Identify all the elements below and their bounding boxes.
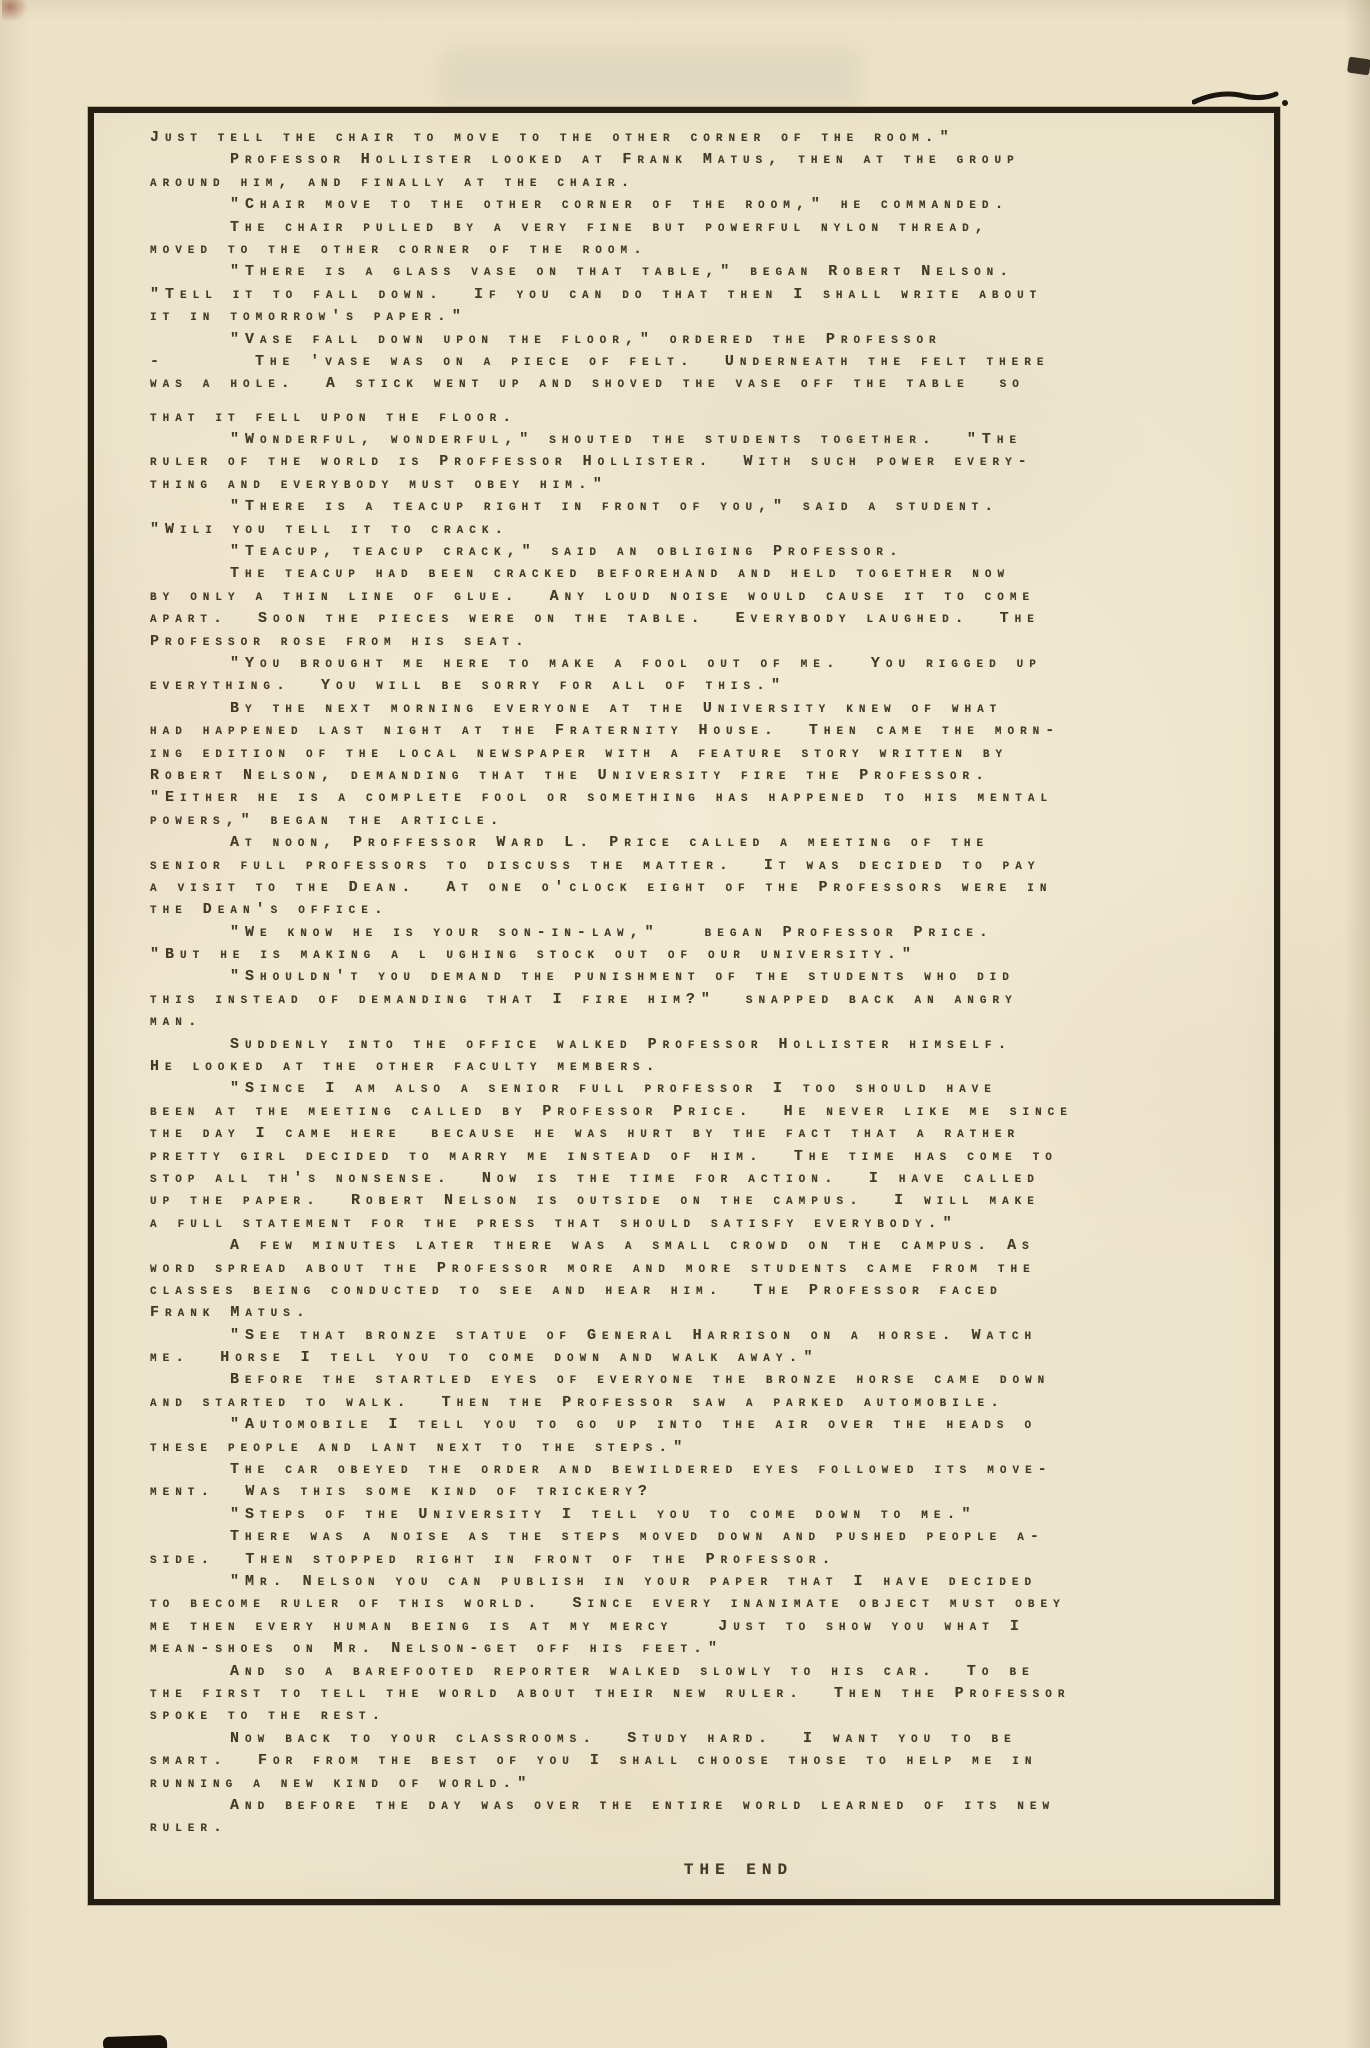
story-line: The teacup had been cracked beforehand a… bbox=[150, 563, 1235, 585]
story-line: "Teacup, teacup crack," said an obliging… bbox=[150, 541, 1235, 563]
the-end-label: THE END bbox=[196, 1859, 1281, 1881]
story-line: moved to the other corner of the room. bbox=[150, 239, 1235, 261]
story-line: "Either he is a complete fool or somethi… bbox=[150, 787, 1235, 809]
corner-red-mark bbox=[2, 0, 28, 22]
page-border-frame: Just tell the chair to move to the other… bbox=[88, 107, 1280, 1905]
story-line: "We know he is your son-in-law," began P… bbox=[150, 922, 1235, 944]
story-line: classes being conducted to see and hear … bbox=[150, 1280, 1235, 1302]
story-line: smart. For from the best of you I shall … bbox=[150, 1750, 1235, 1772]
story-line: it in tomorrow's paper." bbox=[150, 306, 1235, 328]
page-edge-notch bbox=[1347, 57, 1370, 76]
story-line: by only a thin line of glue. Any loud no… bbox=[150, 586, 1235, 608]
story-line: And before the day was over the entire w… bbox=[150, 1795, 1235, 1817]
story-line: "Since I am also a senior full professor… bbox=[150, 1078, 1235, 1100]
story-text: Just tell the chair to move to the other… bbox=[150, 127, 1235, 1840]
story-line: everything. You will be sorry for all of… bbox=[150, 675, 1235, 697]
story-line: Suddenly into the office walked Professo… bbox=[150, 1034, 1235, 1056]
story-line: The car obeyed the order and bewildered … bbox=[150, 1459, 1235, 1481]
story-line: mean-shoes on Mr. Nelson-get off his fee… bbox=[150, 1638, 1235, 1660]
story-line: me then every human being is at my mercy… bbox=[150, 1616, 1235, 1638]
story-line: - The 'vase was on a piece of felt. Unde… bbox=[150, 351, 1235, 373]
story-line: this instead of demanding that I fire hi… bbox=[150, 989, 1235, 1011]
story-line: the Dean's office. bbox=[150, 899, 1235, 921]
story-line: A few minutes later there was a small cr… bbox=[150, 1235, 1235, 1257]
story-line: "Automobile I tell you to go up into the… bbox=[150, 1414, 1235, 1436]
story-line: stop all th's nonsense. Now is the time … bbox=[150, 1168, 1235, 1190]
story-line: He looked at the other faculty members. bbox=[150, 1056, 1235, 1078]
story-line: word spread about the Professor more and… bbox=[150, 1258, 1235, 1280]
story-line: "There is a teacup right in front of you… bbox=[150, 496, 1235, 518]
story-line: a full statement for the press that shou… bbox=[150, 1213, 1235, 1235]
story-line: "Wonderful, wonderful," shouted the stud… bbox=[150, 429, 1235, 451]
story-line: thing and everybody must obey him." bbox=[150, 474, 1235, 496]
bleed-through-smudge bbox=[440, 48, 860, 108]
story-line: around him, and finally at the chair. bbox=[150, 172, 1235, 194]
story-line: "Chair move to the other corner of the r… bbox=[150, 194, 1235, 216]
story-line: "Vase fall down upon the floor," ordered… bbox=[150, 329, 1235, 351]
story-line: "Shouldn't you demand the punishment of … bbox=[150, 966, 1235, 988]
story-line: And so a barefooted reporter walked slow… bbox=[150, 1661, 1235, 1683]
story-line: a visit to the Dean. At one o'clock eigh… bbox=[150, 877, 1235, 899]
bottom-edge-mark bbox=[103, 2035, 167, 2048]
story-line: been at the meeting called by Professor … bbox=[150, 1101, 1235, 1123]
story-line: Robert Nelson, demanding that the Univer… bbox=[150, 765, 1235, 787]
story-line: Now back to your classrooms. Study hard.… bbox=[150, 1728, 1235, 1750]
story-line: up the paper. Robert Nelson is outside o… bbox=[150, 1190, 1235, 1212]
story-line: side. Then stopped right in front of the… bbox=[150, 1549, 1235, 1571]
scanned-page: Just tell the chair to move to the other… bbox=[0, 0, 1370, 2048]
story-line: ruler of the world is Proffessor Hollist… bbox=[150, 451, 1235, 473]
story-line: was a hole. A stick went up and shoved t… bbox=[150, 373, 1235, 395]
story-line: "Steps of the University I tell you to c… bbox=[150, 1504, 1235, 1526]
story-line: "See that bronze statue of General Harri… bbox=[150, 1325, 1235, 1347]
story-line: "But he is making a l ughing stock out o… bbox=[150, 944, 1235, 966]
story-line: ing edition of the local newspaper with … bbox=[150, 743, 1235, 765]
story-line: man. bbox=[150, 1011, 1235, 1033]
story-line: that it fell upon the floor. bbox=[150, 407, 1235, 429]
story-line: Professor rose from his seat. bbox=[150, 631, 1235, 653]
story-line: me. Horse I tell you to come down and wa… bbox=[150, 1347, 1235, 1369]
story-line: pretty girl decided to marry me instead … bbox=[150, 1146, 1235, 1168]
story-line: Frank Matus. bbox=[150, 1302, 1235, 1324]
story-line: spoke to the rest. bbox=[150, 1705, 1235, 1727]
story-line: "Wili you tell it to crack. bbox=[150, 519, 1235, 541]
story-line: running a new kind of world." bbox=[150, 1773, 1235, 1795]
story-line: had happened last night at the Fraternit… bbox=[150, 720, 1235, 742]
story-line: "You brought me here to make a fool out … bbox=[150, 653, 1235, 675]
story-line: By the next morning everyone at the Univ… bbox=[150, 698, 1235, 720]
story-line: The chair pulled by a very fine but powe… bbox=[150, 217, 1235, 239]
story-line: ment. Was this some kind of trickery? bbox=[150, 1481, 1235, 1503]
story-line: apart. Soon the pieces were on the table… bbox=[150, 608, 1235, 630]
story-line: At noon, Proffessor Ward L. Price called… bbox=[150, 832, 1235, 854]
story-line: Professor Hollister looked at Frank Matu… bbox=[150, 149, 1235, 171]
story-line: and started to walk. Then the Professor … bbox=[150, 1392, 1235, 1414]
story-line: "Mr. Nelson you can publish in your pape… bbox=[150, 1571, 1235, 1593]
story-line: the first to tell the world about their … bbox=[150, 1683, 1235, 1705]
story-line: "There is a glass vase on that table," b… bbox=[150, 261, 1235, 283]
story-line: to become ruler of this world. Since eve… bbox=[150, 1593, 1235, 1615]
story-line: Before the startled eyes of everyone the… bbox=[150, 1369, 1235, 1391]
story-line: senior full professors to discuss the ma… bbox=[150, 855, 1235, 877]
story-line: powers," began the article. bbox=[150, 810, 1235, 832]
story-line: "Tell it to fall down. If you can do tha… bbox=[150, 284, 1235, 306]
story-line: ruler. bbox=[150, 1817, 1235, 1839]
story-line: the day I came here because he was hurt … bbox=[150, 1123, 1235, 1145]
story-line: these people and lant next to the steps.… bbox=[150, 1437, 1235, 1459]
story-line: Just tell the chair to move to the other… bbox=[150, 127, 1235, 149]
story-line: There was a noise as the steps moved dow… bbox=[150, 1526, 1235, 1548]
